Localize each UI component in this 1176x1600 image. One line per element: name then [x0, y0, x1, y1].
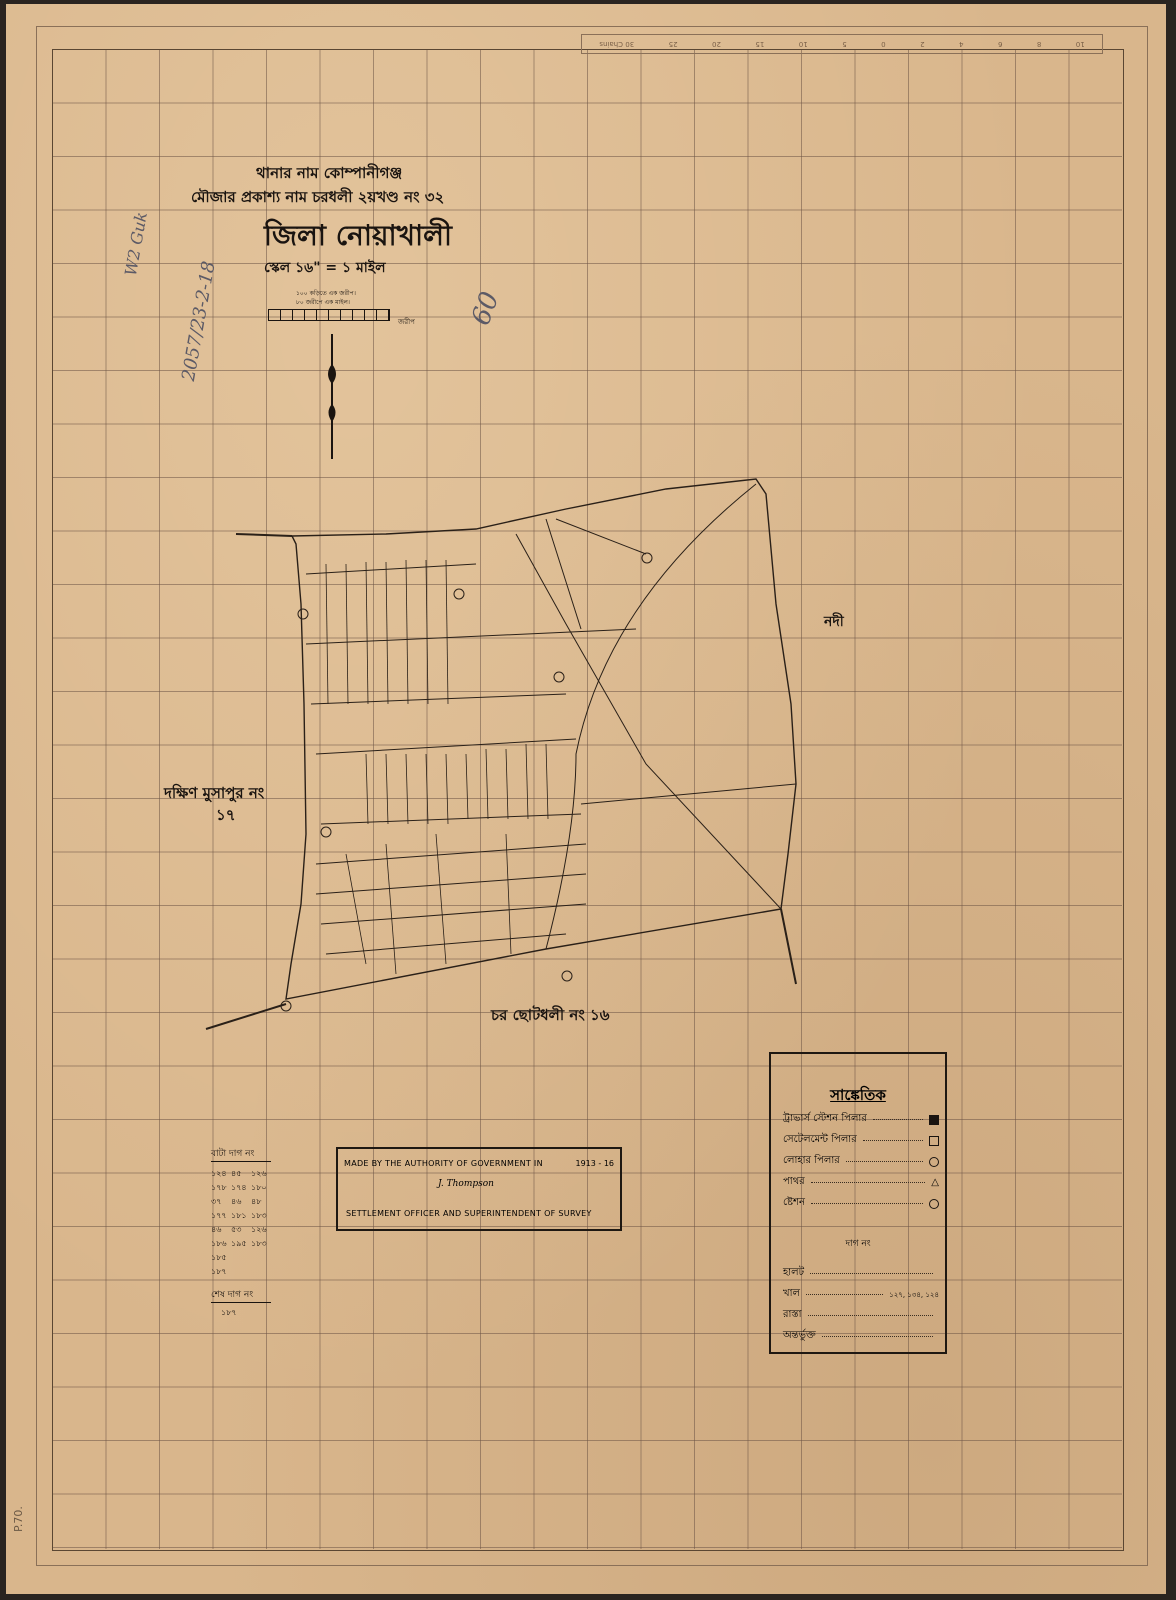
- officer-signature: J. Thompson: [438, 1179, 494, 1189]
- legend-label: ট্রাভার্স স্টেশন পিলার: [783, 1111, 867, 1128]
- plot-cell: ১২৪: [211, 1168, 231, 1181]
- legend-plot-label: অন্তর্ভুক্ত: [783, 1328, 816, 1345]
- plot-cell: ১৭৪: [231, 1182, 251, 1195]
- legend-label: লোহার পিলার: [783, 1153, 840, 1170]
- circle-icon: [929, 1199, 939, 1209]
- plot-cell: ৪৬: [211, 1224, 231, 1237]
- river-label: নদী: [824, 610, 844, 634]
- plot-cell: ১৭৭: [211, 1210, 231, 1223]
- legend-plot-label: রাস্তা: [783, 1307, 802, 1324]
- legend-item: পাথর △: [771, 1172, 945, 1193]
- plot-cell: ১৮১: [231, 1210, 251, 1223]
- map-sheet: 10 8 6 4 2 0 5 10 15 20 25 30 Chains থান…: [6, 4, 1166, 1594]
- plot-cell: ১৮৭: [211, 1266, 231, 1279]
- plot-cell: ১৯৫: [231, 1238, 251, 1251]
- legend-plot-label: খাল: [783, 1286, 800, 1303]
- plot-cell: ৪৮: [251, 1196, 271, 1209]
- west-neighbor-number: ১৭: [216, 804, 236, 829]
- plot-cell: ৩৭: [211, 1196, 231, 1209]
- plot-cell: ১৮৫: [211, 1252, 231, 1265]
- triangle-icon: △: [931, 1177, 939, 1188]
- survey-years: 1913 - 16: [575, 1159, 614, 1168]
- south-neighbor-label: চর ছোটধলী নং ১৬: [491, 1004, 609, 1029]
- plot-cell: ১৮৩: [251, 1210, 271, 1223]
- legend-label: ষ্টেশন: [783, 1195, 805, 1212]
- officer-title: SETTLEMENT OFFICER AND SUPERINTENDENT OF…: [346, 1209, 592, 1218]
- legend-item: ট্রাভার্স স্টেশন পিলার: [771, 1109, 945, 1130]
- legend-plot-value: ১২৭, ১৩৪, ১২৪: [889, 1289, 939, 1301]
- legend-item: সেটেলমেন্ট পিলার: [771, 1130, 945, 1151]
- plot-cell: ১৮৩: [251, 1238, 271, 1251]
- authority-line: MADE BY THE AUTHORITY OF GOVERNMENT IN: [344, 1159, 543, 1168]
- authority-box: MADE BY THE AUTHORITY OF GOVERNMENT IN 1…: [336, 1147, 622, 1231]
- plot-numbers-table: বাটা দাগ নং ১২৪৪৫১২৬ ১৭৮১৭৪১৮০ ৩৭৪৬৪৮ ১৭…: [211, 1146, 271, 1320]
- last-plot-value: ১৮৭: [211, 1307, 271, 1320]
- circle-cross-icon: [929, 1157, 939, 1167]
- plot-cell: ১২৬: [251, 1168, 271, 1181]
- west-neighbor-label: দক্ষিণ মুসাপুর নং: [164, 782, 264, 807]
- legend-label: পাথর: [783, 1174, 805, 1191]
- plot-table-title: বাটা দাগ নং: [211, 1146, 271, 1162]
- filled-square-icon: [929, 1115, 939, 1125]
- plot-cell: ৫৩: [231, 1224, 251, 1237]
- legend-plot-item: হালট: [771, 1263, 945, 1284]
- legend-box: সাঙ্কেতিক ট্রাভার্স স্টেশন পিলার সেটেলমে…: [769, 1052, 947, 1354]
- square-dot-icon: [929, 1136, 939, 1146]
- plot-heading: দাগ নং: [771, 1236, 945, 1251]
- plot-cell: ৪৫: [231, 1168, 251, 1181]
- plot-cell: ১৮৬: [211, 1238, 231, 1251]
- plot-cell: ১৭৮: [211, 1182, 231, 1195]
- legend-item: লোহার পিলার: [771, 1151, 945, 1172]
- legend-plot-item: অন্তর্ভুক্ত: [771, 1326, 945, 1347]
- plot-cell: ৪৬: [231, 1196, 251, 1209]
- legend-plot-label: হালট: [783, 1265, 804, 1282]
- legend-item: ষ্টেশন: [771, 1193, 945, 1214]
- legend-title: সাঙ্কেতিক: [771, 1084, 945, 1109]
- legend-label: সেটেলমেন্ট পিলার: [783, 1132, 857, 1149]
- plot-cell: ১৮০: [251, 1182, 271, 1195]
- legend-plot-item: খাল ১২৭, ১৩৪, ১২৪: [771, 1284, 945, 1305]
- legend-plot-item: রাস্তা: [771, 1305, 945, 1326]
- plot-cell: ১২৬: [251, 1224, 271, 1237]
- last-plot-title: শেষ দাগ নং: [211, 1287, 271, 1303]
